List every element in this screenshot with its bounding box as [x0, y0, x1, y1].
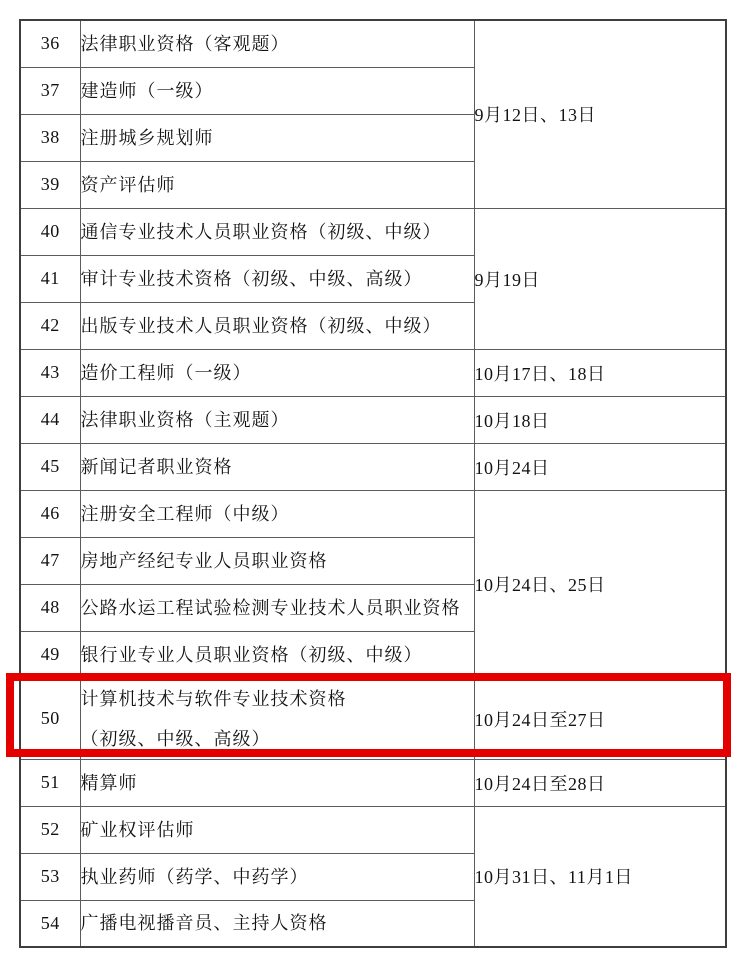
row-number-cell: 43 — [20, 349, 80, 396]
exam-name-cell: 计算机技术与软件专业技术资格 （初级、中级、高级） — [80, 678, 474, 759]
exam-name-cell: 执业药师（药学、中药学） — [80, 853, 474, 900]
exam-name-cell: 银行业专业人员职业资格（初级、中级） — [80, 631, 474, 678]
table-row: 36 法律职业资格（客观题） 9月12日、13日 — [20, 20, 726, 67]
row-number-cell: 39 — [20, 161, 80, 208]
exam-name-cell: 造价工程师（一级） — [80, 349, 474, 396]
row-number-cell: 49 — [20, 631, 80, 678]
exam-name-cell: 精算师 — [80, 759, 474, 806]
row-number-cell: 52 — [20, 806, 80, 853]
table-row-highlighted: 50 计算机技术与软件专业技术资格 （初级、中级、高级） 10月24日至27日 — [20, 678, 726, 759]
exam-date-cell: 10月24日、25日 — [474, 490, 726, 678]
exam-date-cell: 9月12日、13日 — [474, 20, 726, 208]
exam-date-cell: 10月31日、11月1日 — [474, 806, 726, 947]
exam-schedule-table: 36 法律职业资格（客观题） 9月12日、13日 37 建造师（一级） 38 注… — [19, 19, 727, 948]
row-number-cell: 48 — [20, 584, 80, 631]
row-number-cell: 51 — [20, 759, 80, 806]
table-row: 52 矿业权评估师 10月31日、11月1日 — [20, 806, 726, 853]
row-number-cell: 54 — [20, 900, 80, 947]
exam-date-cell: 10月24日 — [474, 443, 726, 490]
exam-name-cell: 新闻记者职业资格 — [80, 443, 474, 490]
row-number-cell: 37 — [20, 67, 80, 114]
row-number-cell: 36 — [20, 20, 80, 67]
exam-name-cell: 公路水运工程试验检测专业技术人员职业资格 — [80, 584, 474, 631]
row-number-cell: 40 — [20, 208, 80, 255]
page: 36 法律职业资格（客观题） 9月12日、13日 37 建造师（一级） 38 注… — [0, 0, 751, 967]
table-row: 40 通信专业技术人员职业资格（初级、中级） 9月19日 — [20, 208, 726, 255]
row-number-cell: 53 — [20, 853, 80, 900]
exam-name-cell: 广播电视播音员、主持人资格 — [80, 900, 474, 947]
row-number-cell: 44 — [20, 396, 80, 443]
row-number-cell: 45 — [20, 443, 80, 490]
exam-name-cell: 建造师（一级） — [80, 67, 474, 114]
row-number-cell: 47 — [20, 537, 80, 584]
exam-date-cell: 10月17日、18日 — [474, 349, 726, 396]
exam-date-cell: 10月24日至27日 — [474, 678, 726, 759]
exam-name-cell: 审计专业技术资格（初级、中级、高级） — [80, 255, 474, 302]
exam-name-cell: 注册安全工程师（中级） — [80, 490, 474, 537]
row-number-cell: 46 — [20, 490, 80, 537]
table-row: 44 法律职业资格（主观题） 10月18日 — [20, 396, 726, 443]
exam-name-cell: 通信专业技术人员职业资格（初级、中级） — [80, 208, 474, 255]
table-row: 43 造价工程师（一级） 10月17日、18日 — [20, 349, 726, 396]
table-row: 46 注册安全工程师（中级） 10月24日、25日 — [20, 490, 726, 537]
exam-date-cell: 10月18日 — [474, 396, 726, 443]
exam-name-cell: 出版专业技术人员职业资格（初级、中级） — [80, 302, 474, 349]
table-row: 45 新闻记者职业资格 10月24日 — [20, 443, 726, 490]
exam-name-cell: 资产评估师 — [80, 161, 474, 208]
exam-date-cell: 9月19日 — [474, 208, 726, 349]
row-number-cell: 38 — [20, 114, 80, 161]
row-number-cell: 41 — [20, 255, 80, 302]
exam-name-cell: 矿业权评估师 — [80, 806, 474, 853]
row-number-cell: 42 — [20, 302, 80, 349]
exam-name-cell: 房地产经纪专业人员职业资格 — [80, 537, 474, 584]
row-number-cell: 50 — [20, 678, 80, 759]
exam-date-cell: 10月24日至28日 — [474, 759, 726, 806]
table-row: 51 精算师 10月24日至28日 — [20, 759, 726, 806]
exam-name-cell: 法律职业资格（主观题） — [80, 396, 474, 443]
exam-name-cell: 法律职业资格（客观题） — [80, 20, 474, 67]
exam-name-cell: 注册城乡规划师 — [80, 114, 474, 161]
